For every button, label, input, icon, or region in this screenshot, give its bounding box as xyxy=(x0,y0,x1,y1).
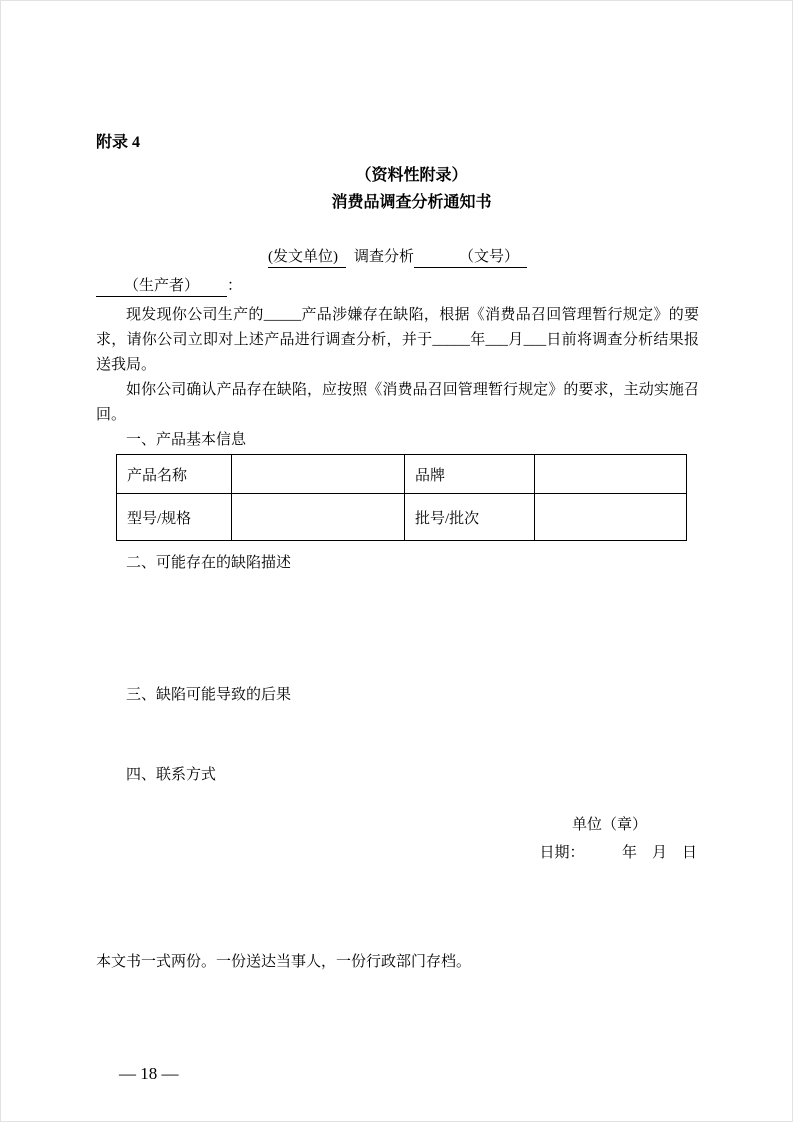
salutation-colon: ： xyxy=(227,278,242,294)
table-row: 产品名称 品牌 xyxy=(117,455,687,494)
page-number: — 18 — xyxy=(119,1063,699,1085)
underline-blank xyxy=(96,289,124,290)
doc-number-label: （文号） xyxy=(459,249,519,265)
section-heading-defect-description: 二、可能存在的缺陷描述 xyxy=(96,551,699,576)
producer-label: （生产者） xyxy=(124,278,199,294)
body-paragraph-1: 现发现你公司生产的_____产品涉嫌存在缺陷，根据《消费品召回管理暂行规定》的要… xyxy=(96,303,699,378)
brand-value-cell xyxy=(535,455,687,494)
addressee-line: （生产者）： xyxy=(96,276,699,297)
document-page: 附录 4 （资料性附录） 消费品调查分析通知书 (发文单位)调查分析（文号） （… xyxy=(1,1,792,1121)
product-info-table: 产品名称 品牌 型号/规格 批号/批次 xyxy=(116,454,687,541)
model-spec-label-cell: 型号/规格 xyxy=(117,494,232,541)
brand-label-cell: 品牌 xyxy=(405,455,535,494)
section-heading-contact-info: 四、联系方式 xyxy=(96,763,699,788)
underline-blank xyxy=(519,260,527,261)
producer-name-field: （生产者） xyxy=(96,278,227,297)
product-name-label-cell: 产品名称 xyxy=(117,455,232,494)
underline-blank xyxy=(199,289,227,290)
issuing-action-label: 调查分析 xyxy=(354,249,414,265)
copies-note: 本文书一式两份。一份送达当事人，一份行政部门存档。 xyxy=(96,951,699,973)
appendix-label: 附录 4 xyxy=(96,134,699,152)
issuing-unit-label: (发文单位) xyxy=(268,249,338,265)
signature-date-line: 日期： 年 月 日 xyxy=(96,843,699,863)
body-paragraph-2: 如你公司确认产品存在缺陷，应按照《消费品召回管理暂行规定》的要求，主动实施召回。 xyxy=(96,378,699,428)
table-row: 型号/规格 批号/批次 xyxy=(117,494,687,541)
issuing-authority-line: (发文单位)调查分析（文号） xyxy=(96,247,699,268)
signature-unit-seal: 单位（章） xyxy=(96,815,699,835)
informative-appendix-subtitle: （资料性附录） xyxy=(110,167,713,185)
section-heading-product-info: 一、产品基本信息 xyxy=(96,428,699,453)
underline-blank xyxy=(338,260,346,261)
doc-number-field: （文号） xyxy=(414,249,527,268)
underline-blank xyxy=(414,260,459,261)
product-name-value-cell xyxy=(232,455,405,494)
document-title: 消费品调查分析通知书 xyxy=(110,194,713,212)
section-heading-possible-consequences: 三、缺陷可能导致的后果 xyxy=(96,683,699,708)
batch-value-cell xyxy=(535,494,687,541)
model-spec-value-cell xyxy=(232,494,405,541)
issuing-unit-field: (发文单位) xyxy=(268,249,346,268)
batch-label-cell: 批号/批次 xyxy=(405,494,535,541)
